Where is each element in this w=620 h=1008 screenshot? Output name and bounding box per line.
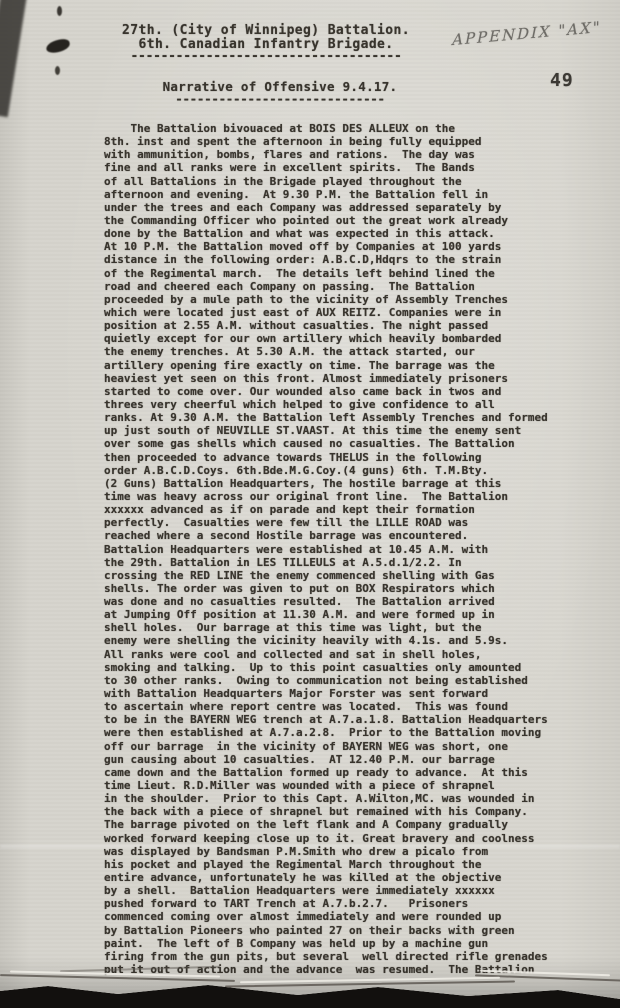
body-line: fine and all ranks were in excellent spi… [104, 161, 604, 174]
body-line: smoking and talking. Up to this point ca… [104, 661, 604, 674]
body-line: was displayed by Bandsman P.M.Smith who … [104, 845, 604, 858]
body-line: road and cheered each Company on passing… [104, 280, 604, 293]
body-line: (2 Guns) Battalion Headquarters, The hos… [104, 477, 604, 490]
ink-speck [55, 66, 60, 75]
body-line: the Commanding Officer who pointed out t… [104, 214, 604, 227]
body-line: crossing the RED LINE the enemy commence… [104, 569, 604, 582]
body-line: of all Battalions in the Brigade played … [104, 175, 604, 188]
body-line: position at 2.55 A.M. without casualties… [104, 319, 604, 332]
brigade-title-line: 6th. Canadian Infantry Brigade. [100, 38, 432, 52]
body-line: with ammunition, bombs, flares and ratio… [104, 148, 604, 161]
body-line: by Battalion Pioneers who painted 27 on … [104, 924, 604, 937]
page-number: 49 [550, 70, 574, 91]
body-line: at Jumping Off position at 11.30 A.M. an… [104, 608, 604, 621]
body-line: The Battalion bivouaced at BOIS DES ALLE… [104, 122, 604, 135]
body-line: started to come over. Our wounded also c… [104, 385, 604, 398]
ink-speck [57, 6, 62, 16]
body-line: heaviest yet seen on this front. Almost … [104, 372, 604, 385]
body-line: to be in the BAYERN WEG trench at A.7.a.… [104, 713, 604, 726]
body-line: pushed forward to TART Trench at A.7.b.2… [104, 897, 604, 910]
body-line: At 10 P.M. the Battalion moved off by Co… [104, 240, 604, 253]
body-line: by a shell. Battalion Headquarters were … [104, 884, 604, 897]
body-line: his pocket and played the Regimental Mar… [104, 858, 604, 871]
body-line: The barrage pivoted on the left flank an… [104, 818, 604, 831]
body-line: xxxxxx advanced as if on parade and kept… [104, 503, 604, 516]
body-line: reached where a second Hostile barrage w… [104, 529, 604, 542]
body-line: All ranks were cool and collected and sa… [104, 648, 604, 661]
body-line: artillery opening fire exactly on time. … [104, 359, 604, 372]
body-line: perfectly. Casualties were few till the … [104, 516, 604, 529]
body-line: gun causing about 10 casualties. AT 12.4… [104, 753, 604, 766]
body-line: over some gas shells which caused no cas… [104, 437, 604, 450]
body-line: afternoon and evening. At 9.30 P.M. the … [104, 188, 604, 201]
body-line: Battalion Headquarters were established … [104, 543, 604, 556]
body-line: quietly except for our own artillery whi… [104, 332, 604, 345]
body-line: which were located just east of AUX REIT… [104, 306, 604, 319]
body-line: the 29th. Battalion in LES TILLEULS at A… [104, 556, 604, 569]
body-line: distance in the following order: A.B.C.D… [104, 253, 604, 266]
body-line: under the trees and each Company was add… [104, 201, 604, 214]
body-line: off our barrage in the vicinity of BAYER… [104, 740, 604, 753]
body-line: entire advance, unfortunately he was kil… [104, 871, 604, 884]
body-line: time was heavy across our original front… [104, 490, 604, 503]
body-line: commenced coming over almost immediately… [104, 910, 604, 923]
header-divider: ------------------------------------ [100, 52, 432, 62]
body-line: with Battalion Headquarters Major Forste… [104, 687, 604, 700]
body-line: of the Regimental march. The details lef… [104, 267, 604, 280]
body-line: done by the Battalion and what was expec… [104, 227, 604, 240]
document-header: 27th. (City of Winnipeg) Battalion. 6th.… [100, 23, 432, 62]
unit-title-line: 27th. (City of Winnipeg) Battalion. [100, 23, 432, 38]
narrative-title-divider: ----------------------------- [115, 94, 445, 103]
body-line: ranks. At 9.30 A.M. the Battalion left A… [104, 411, 604, 424]
body-line: 8th. inst and spent the afternoon in bei… [104, 135, 604, 148]
narrative-body: The Battalion bivouaced at BOIS DES ALLE… [104, 122, 604, 976]
body-line: up just south of NEUVILLE ST.VAAST. At t… [104, 424, 604, 437]
paper-sheet: 27th. (City of Winnipeg) Battalion. 6th.… [0, 0, 620, 1000]
body-line: threes very cheerful which helped to giv… [104, 398, 604, 411]
body-line: proceeded by a mule path to the vicinity… [104, 293, 604, 306]
body-line: were then established at A.7.a.2.8. Prio… [104, 726, 604, 739]
body-line: the enemy trenches. At 5.30 A.M. the att… [104, 345, 604, 358]
narrative-title: Narrative of Offensive 9.4.17. [115, 80, 445, 94]
body-line: paint. The left of B Company was held up… [104, 937, 604, 950]
body-line: to ascertain where report centre was loc… [104, 700, 604, 713]
body-line: to 30 other ranks. Owing to communicatio… [104, 674, 604, 687]
body-line: then proceeded to advance towards THELUS… [104, 451, 604, 464]
scanned-document-page: { "page": { "annotations": { "appendix_n… [0, 0, 620, 1008]
body-line: shell holes. Our barrage at this time wa… [104, 621, 604, 634]
body-line: came down and the Battalion formed up re… [104, 766, 604, 779]
body-line: was done and no casualties resulted. The… [104, 595, 604, 608]
body-line: order A.B.C.D.Coys. 6th.Bde.M.G.Coy.(4 g… [104, 464, 604, 477]
body-line: enemy were shelling the vicinity heavily… [104, 634, 604, 647]
handwritten-appendix-note: APPENDIX "AX" [452, 17, 612, 49]
narrative-title-block: Narrative of Offensive 9.4.17. ---------… [115, 80, 445, 103]
body-line: shells. The order was given to put on BO… [104, 582, 604, 595]
bottom-crumple-shadow [0, 956, 620, 1000]
body-line: time Lieut. R.D.Miller was wounded with … [104, 779, 604, 792]
body-line: worked forward keeping close up to it. G… [104, 832, 604, 845]
body-line: the back with a piece of shrapnel but re… [104, 805, 604, 818]
body-line: in the shoulder. Prior to this Capt. A.W… [104, 792, 604, 805]
